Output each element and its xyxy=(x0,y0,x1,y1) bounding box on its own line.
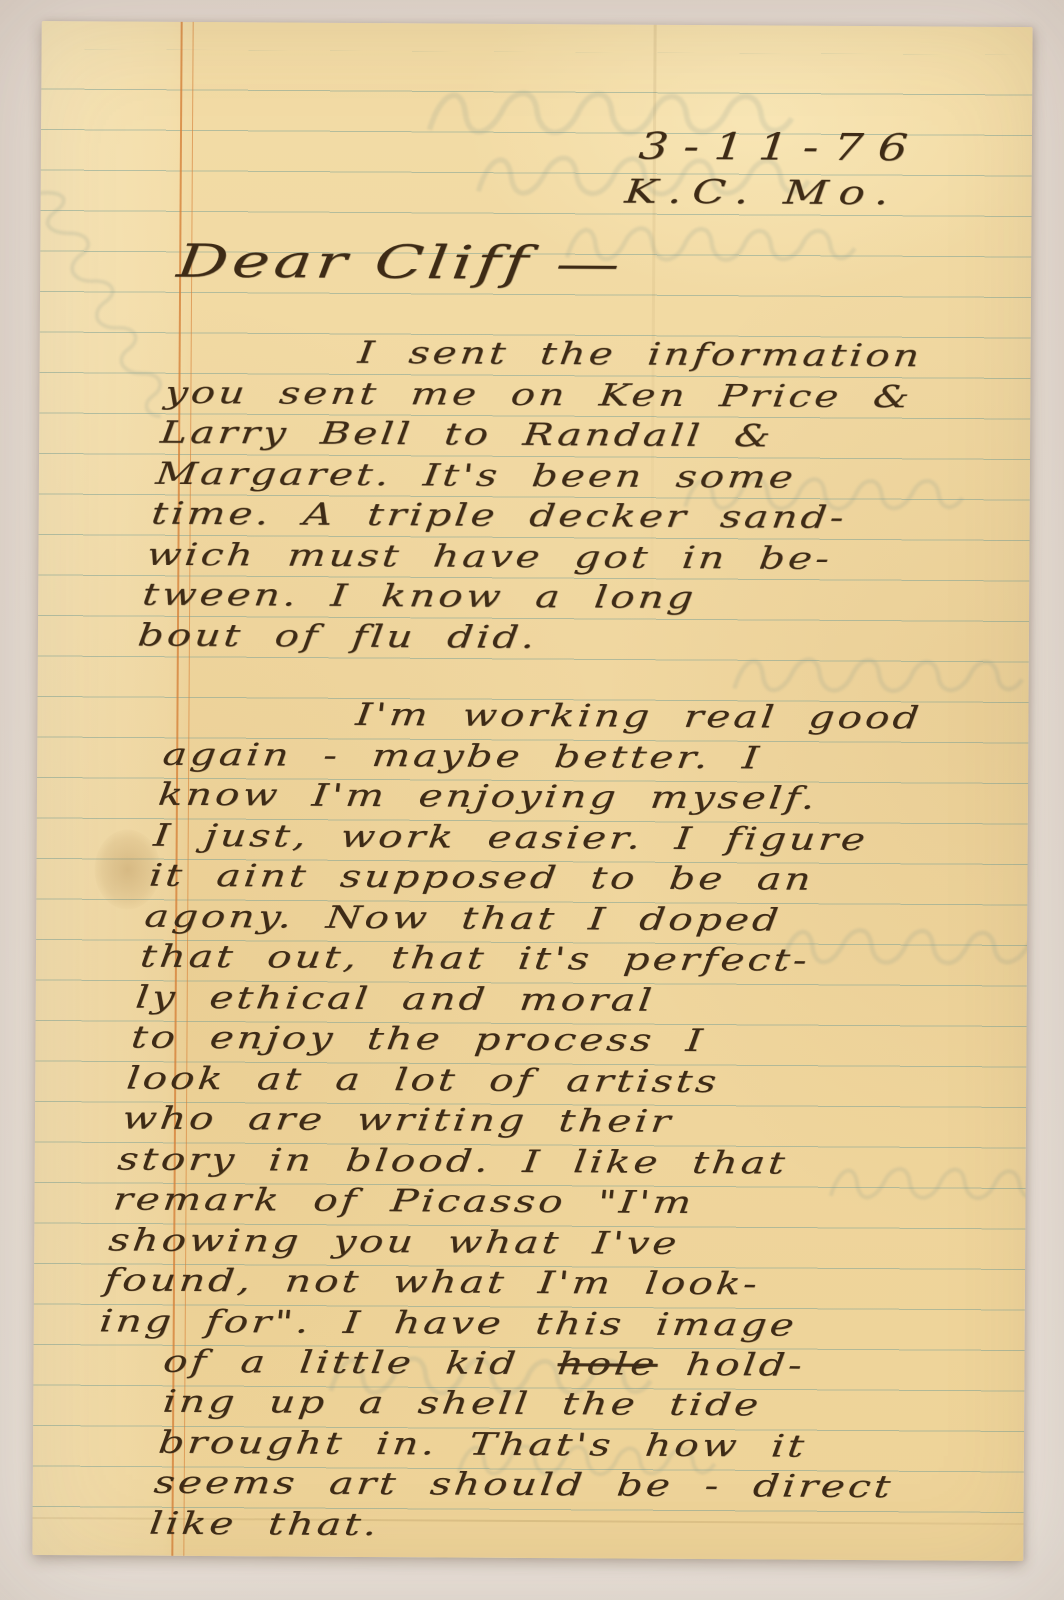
handwritten-line: I sent the information xyxy=(167,332,1016,378)
photo-of-letter: 3-11-76 K.C. Mo. Dear Cliff — I sent the… xyxy=(0,0,1064,1600)
handwritten-line: ing up a shell the tide xyxy=(161,1382,1010,1428)
handwritten-line: of a little kidholehold- xyxy=(161,1342,1010,1388)
handwritten-line: ly ethical and moral xyxy=(134,977,983,1023)
handwritten-line: showing you what I've xyxy=(107,1220,956,1266)
handwritten-line: bout of flu did. xyxy=(136,615,985,661)
paragraph-1: I sent the informationyou sent me on Ken… xyxy=(136,332,1017,661)
crossed-line-after: hold- xyxy=(684,1347,807,1384)
handwritten-line: time. A triple decker sand- xyxy=(149,494,998,540)
handwritten-line: like that. xyxy=(147,1503,996,1549)
handwritten-line: brought in. That's how it xyxy=(156,1422,1005,1468)
handwritten-line: I'm working real good xyxy=(165,694,1014,740)
handwritten-line: who are writing their xyxy=(120,1099,969,1145)
paragraph-2-part1: I'm working real goodagain - maybe bette… xyxy=(98,694,1015,1347)
handwritten-line: found, not what I'm look- xyxy=(102,1260,951,1306)
handwritten-line: agony. Now that I doped xyxy=(143,896,992,942)
handwritten-line: story in blood. I like that xyxy=(116,1139,965,1185)
handwritten-line: know I'm enjoying myself. xyxy=(156,775,1005,821)
paper-sheet: 3-11-76 K.C. Mo. Dear Cliff — I sent the… xyxy=(32,21,1032,1561)
handwritten-line: that out, that it's perfect- xyxy=(138,937,987,983)
handwritten-line: ing for". I have this image xyxy=(98,1301,947,1347)
handwritten-line: Larry Bell to Randall & xyxy=(158,413,1007,459)
handwritten-line: wich must have got in be- xyxy=(145,534,994,580)
handwritten-line: you sent me on Ken Price & xyxy=(163,372,1012,418)
handwritten-line: seems art should be - direct xyxy=(152,1463,1001,1509)
crossed-line-before: of a little kid xyxy=(161,1344,520,1382)
salutation: Dear Cliff — xyxy=(174,234,626,291)
handwritten-line: Margaret. It's been some xyxy=(154,453,1003,499)
crossed-out-word: hole xyxy=(556,1346,660,1383)
paragraph-2-part2: ing up a shell the tidebrought in. That'… xyxy=(147,1382,1010,1549)
handwritten-line: look at a lot of artists xyxy=(125,1058,974,1104)
handwritten-line: to enjoy the process I xyxy=(129,1018,978,1064)
place-line: K.C. Mo. xyxy=(623,172,901,213)
handwritten-line: it aint supposed to be an xyxy=(147,856,996,902)
crossed-out-line: of a little kidholehold- xyxy=(161,1342,1010,1388)
handwritten-line: again - maybe better. I xyxy=(161,734,1010,780)
handwritten-line: remark of Picasso "I'm xyxy=(111,1179,960,1225)
date-line: 3-11-76 xyxy=(637,125,924,170)
handwritten-line: I just, work easier. I figure xyxy=(152,815,1001,861)
handwritten-line: tween. I know a long xyxy=(140,575,989,621)
